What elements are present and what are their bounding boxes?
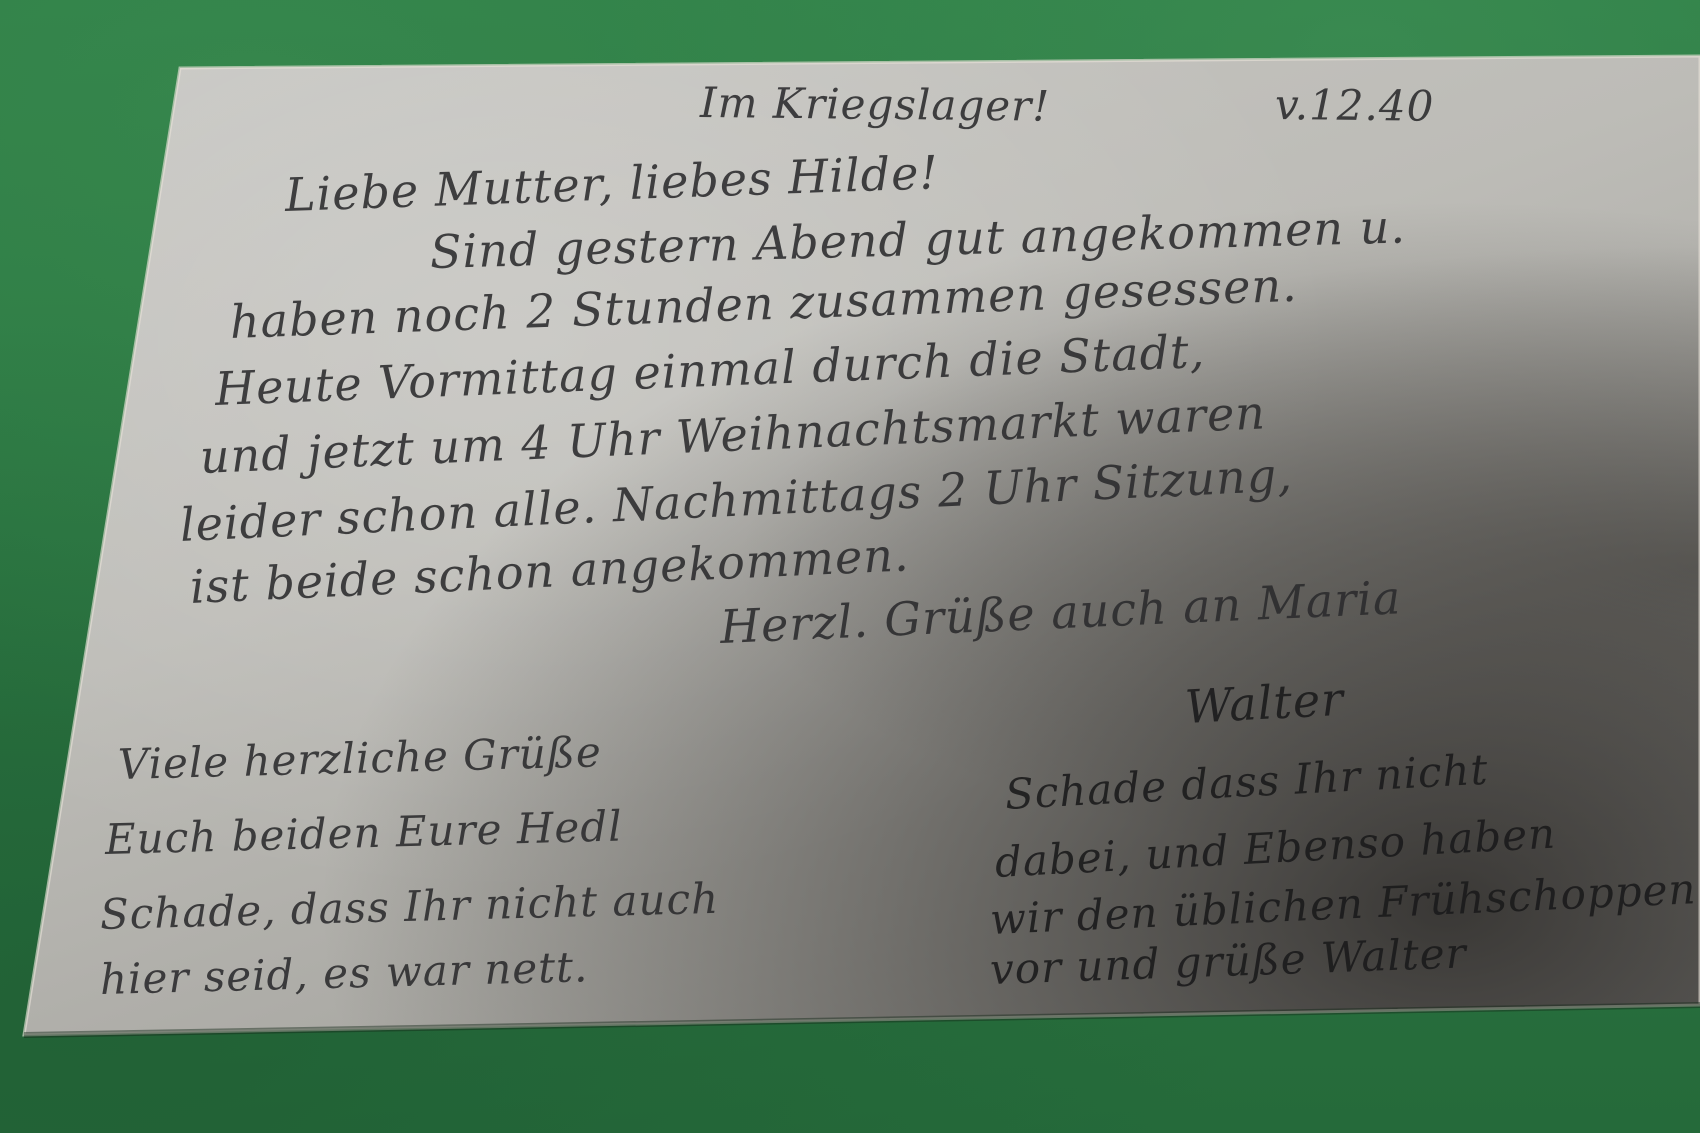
- postcard-signature: Walter: [1184, 672, 1346, 734]
- postcard-place: Im Kriegslager!: [700, 78, 1051, 131]
- postcard-date: v.12.40: [1275, 80, 1435, 131]
- photo-scene: Im Kriegslager! v.12.40 Liebe Mutter, li…: [0, 0, 1700, 1133]
